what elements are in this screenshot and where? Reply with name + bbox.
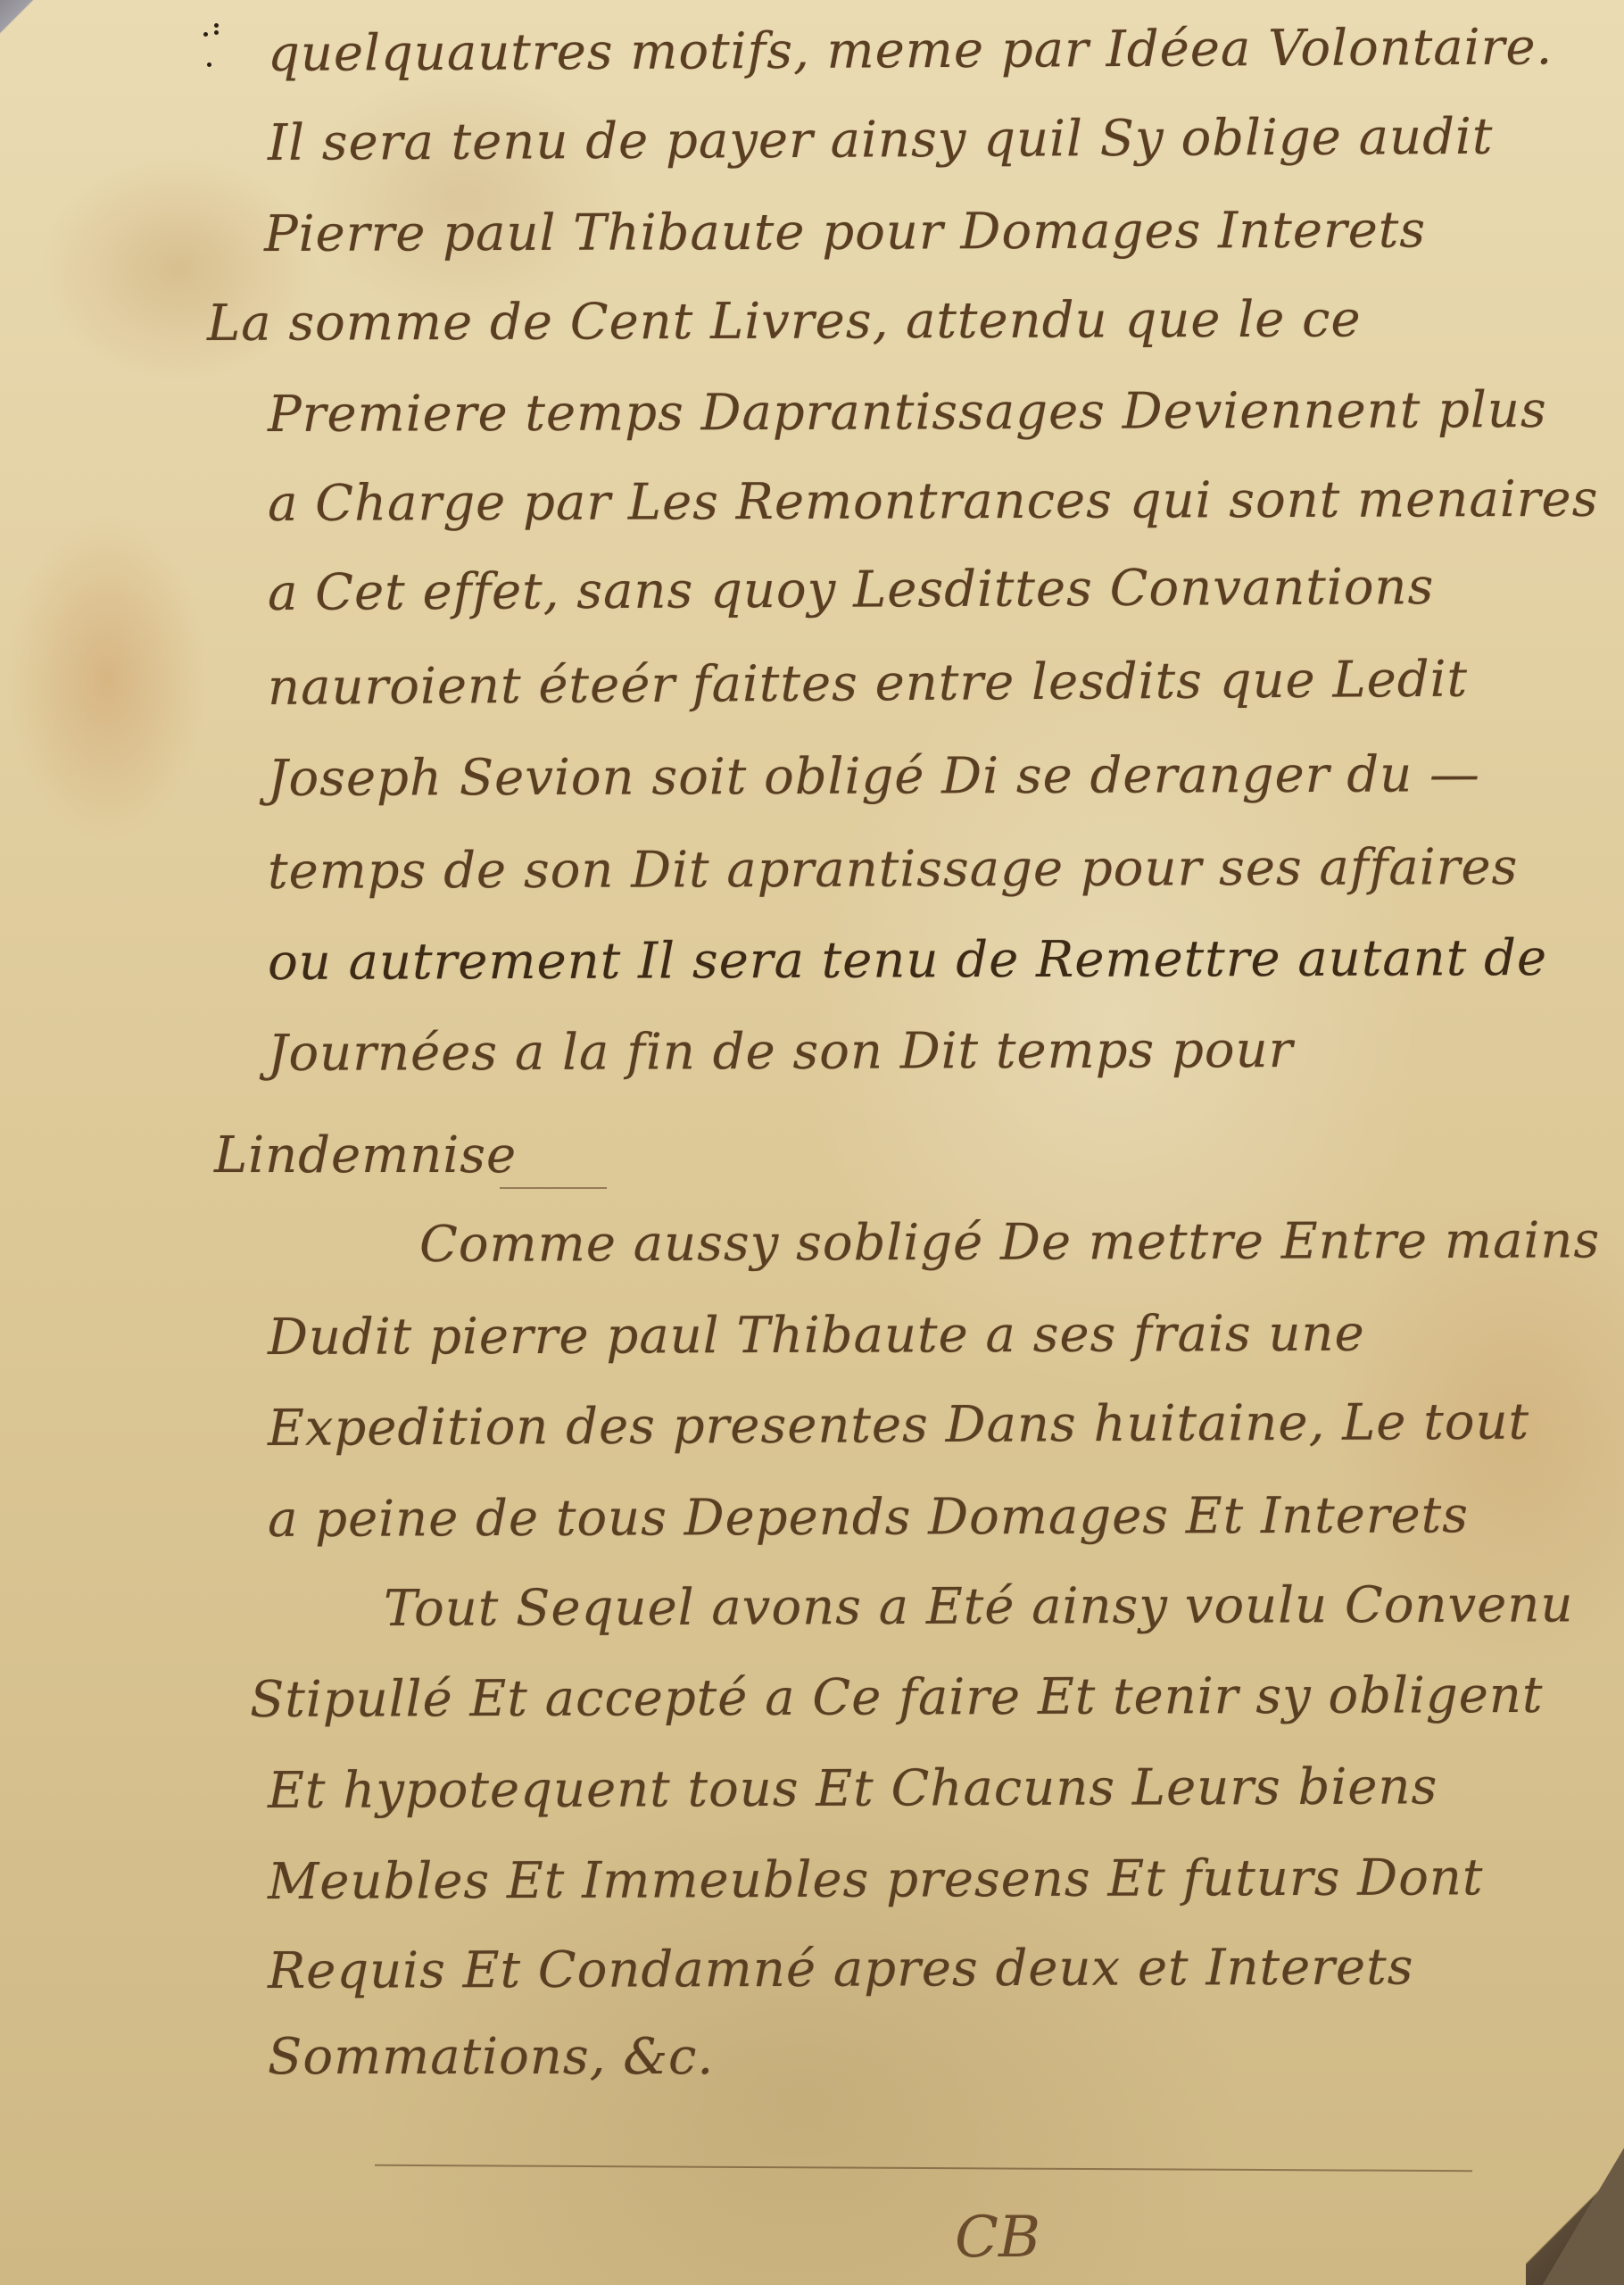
manuscript-line: Sommations, &c. [268,2028,714,2086]
manuscript-line: a peine de tous Depends Domages Et Inter… [268,1486,1469,1549]
manuscript-line: quelquautres motifs, meme par Idéea Volo… [268,18,1554,83]
manuscript-line: temps de son Dit aprantissage pour ses a… [268,838,1518,901]
manuscript-line: ou autrement Il sera tenu de Remettre au… [268,929,1547,992]
manuscript-line: Et hypotequent tous Et Chacuns Leurs bie… [268,1757,1438,1820]
closing-rule [375,2165,1472,2172]
manuscript-line: a Charge par Les Remontrances qui sont m… [268,470,1599,533]
manuscript-line: Joseph Sevion soit obligé Di se deranger… [268,745,1480,808]
manuscript-line: Lindemnise [214,1126,517,1184]
manuscript-line: Journées a la fin de son Dit temps pour [268,1021,1294,1083]
manuscript-line: Dudit pierre paul Thibaute a ses frais u… [268,1305,1365,1367]
line-end-rule [500,1187,607,1189]
manuscript-page: quelquautres motifs, meme par Idéea Volo… [0,0,1624,2285]
manuscript-line: Meubles Et Immeubles presens Et futurs D… [268,1849,1484,1911]
manuscript-text: quelquautres motifs, meme par Idéea Volo… [0,0,1624,2285]
manuscript-line: nauroient éteér faittes entre lesdits qu… [268,651,1469,717]
manuscript-line: Comme aussy sobligé De mettre Entre main… [419,1211,1600,1274]
manuscript-line: Il sera tenu de payer ainsy quil Sy obli… [268,108,1494,172]
manuscript-line: Tout Sequel avons a Eté ainsy voulu Conv… [384,1575,1574,1638]
manuscript-line: Expedition des presentes Dans huitaine, … [268,1393,1529,1458]
manuscript-line: Stipullé Et accepté a Ce faire Et tenir … [250,1666,1544,1729]
manuscript-line: Pierre paul Thibaute pour Domages Intere… [264,201,1426,263]
manuscript-line: Premiere temps Dapranti­ssages Deviennen… [268,381,1547,444]
bottom-monogram: CB [955,2205,1040,2271]
manuscript-line: La somme de Cent Livres, attendu que le … [207,290,1362,353]
manuscript-line: Requis Et Condamné apres deux et Interet… [268,1939,1414,2000]
manuscript-line: a Cet effet, sans quoy Lesdittes Convant… [268,558,1435,622]
